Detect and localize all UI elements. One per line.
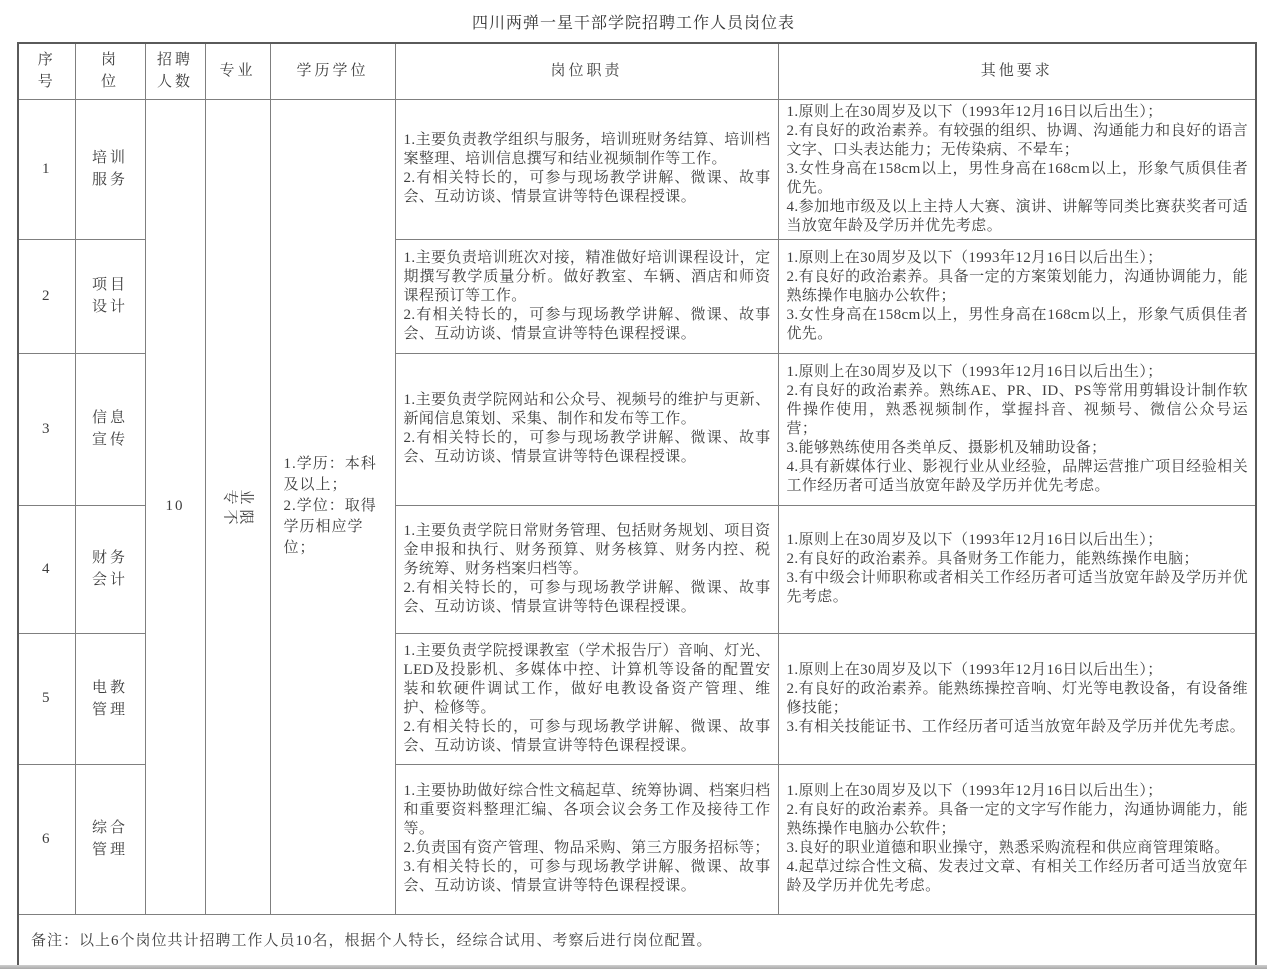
cell-major: 专业不限 xyxy=(205,99,270,914)
col-header-duties: 岗位职责 xyxy=(395,43,778,99)
cell-duties: 1.主要协助做好综合性文稿起草、统筹协调、档案归档和重要资料整理汇编、各项会议会… xyxy=(395,764,778,914)
cell-index: 5 xyxy=(18,633,75,764)
document-page: 四川两弹一星干部学院招聘工作人员岗位表 序号 岗位 招聘人数 专业 学历学位 岗… xyxy=(0,0,1267,973)
cell-index: 6 xyxy=(18,764,75,914)
positions-table: 序号 岗位 招聘人数 专业 学历学位 岗位职责 其他要求 1 培训服务 10 专… xyxy=(17,42,1257,967)
page-bottom-edge xyxy=(0,965,1267,969)
cell-position: 信息宣传 xyxy=(75,353,145,505)
col-header-education: 学历学位 xyxy=(270,43,395,99)
cell-position: 项目设计 xyxy=(75,239,145,353)
note-cell: 备注：以上6个岗位共计招聘工作人员10名，根据个人特长，经综合试用、考察后进行岗… xyxy=(18,914,1256,966)
cell-duties: 1.主要负责学院网站和公众号、视频号的维护与更新、新闻信息策划、采集、制作和发布… xyxy=(395,353,778,505)
cell-other: 1.原则上在30周岁及以下（1993年12月16日以后出生）； 2.有良好的政治… xyxy=(778,633,1256,764)
cell-other: 1.原则上在30周岁及以下（1993年12月16日以后出生）； 2.有良好的政治… xyxy=(778,353,1256,505)
col-header-headcount: 招聘人数 xyxy=(145,43,205,99)
cell-education: 1.学历：本科及以上； 2.学位：取得学历相应学位； xyxy=(270,99,395,914)
table-row: 1 培训服务 10 专业不限 1.学历：本科及以上； 2.学位：取得学历相应学位… xyxy=(18,99,1256,239)
cell-position: 培训服务 xyxy=(75,99,145,239)
cell-duties: 1.主要负责学院授课教室（学术报告厅）音响、灯光、LED及投影机、多媒体中控、计… xyxy=(395,633,778,764)
header-row: 序号 岗位 招聘人数 专业 学历学位 岗位职责 其他要求 xyxy=(18,43,1256,99)
col-header-position: 岗位 xyxy=(75,43,145,99)
cell-duties: 1.主要负责培训班次对接，精准做好培训课程设计，定期撰写教学质量分析。做好教室、… xyxy=(395,239,778,353)
cell-other: 1.原则上在30周岁及以下（1993年12月16日以后出生）； 2.有良好的政治… xyxy=(778,99,1256,239)
note-row: 备注：以上6个岗位共计招聘工作人员10名，根据个人特长，经综合试用、考察后进行岗… xyxy=(18,914,1256,966)
cell-index: 3 xyxy=(18,353,75,505)
cell-position: 综合管理 xyxy=(75,764,145,914)
cell-index: 4 xyxy=(18,505,75,633)
cell-other: 1.原则上在30周岁及以下（1993年12月16日以后出生）； 2.有良好的政治… xyxy=(778,764,1256,914)
cell-position: 财务会计 xyxy=(75,505,145,633)
cell-other: 1.原则上在30周岁及以下（1993年12月16日以后出生）； 2.有良好的政治… xyxy=(778,239,1256,353)
cell-duties: 1.主要负责教学组织与服务，培训班财务结算、培训档案整理、培训信息撰写和结业视频… xyxy=(395,99,778,239)
cell-headcount: 10 xyxy=(145,99,205,914)
cell-other: 1.原则上在30周岁及以下（1993年12月16日以后出生）； 2.有良好的政治… xyxy=(778,505,1256,633)
cell-duties: 1.主要负责学院日常财务管理、包括财务规划、项目资金申报和执行、财务预算、财务核… xyxy=(395,505,778,633)
cell-position: 电教管理 xyxy=(75,633,145,764)
col-header-other: 其他要求 xyxy=(778,43,1256,99)
col-header-major: 专业 xyxy=(205,43,270,99)
cell-index: 1 xyxy=(18,99,75,239)
page-title: 四川两弹一星干部学院招聘工作人员岗位表 xyxy=(0,10,1267,33)
col-header-index: 序号 xyxy=(18,43,75,99)
cell-index: 2 xyxy=(18,239,75,353)
